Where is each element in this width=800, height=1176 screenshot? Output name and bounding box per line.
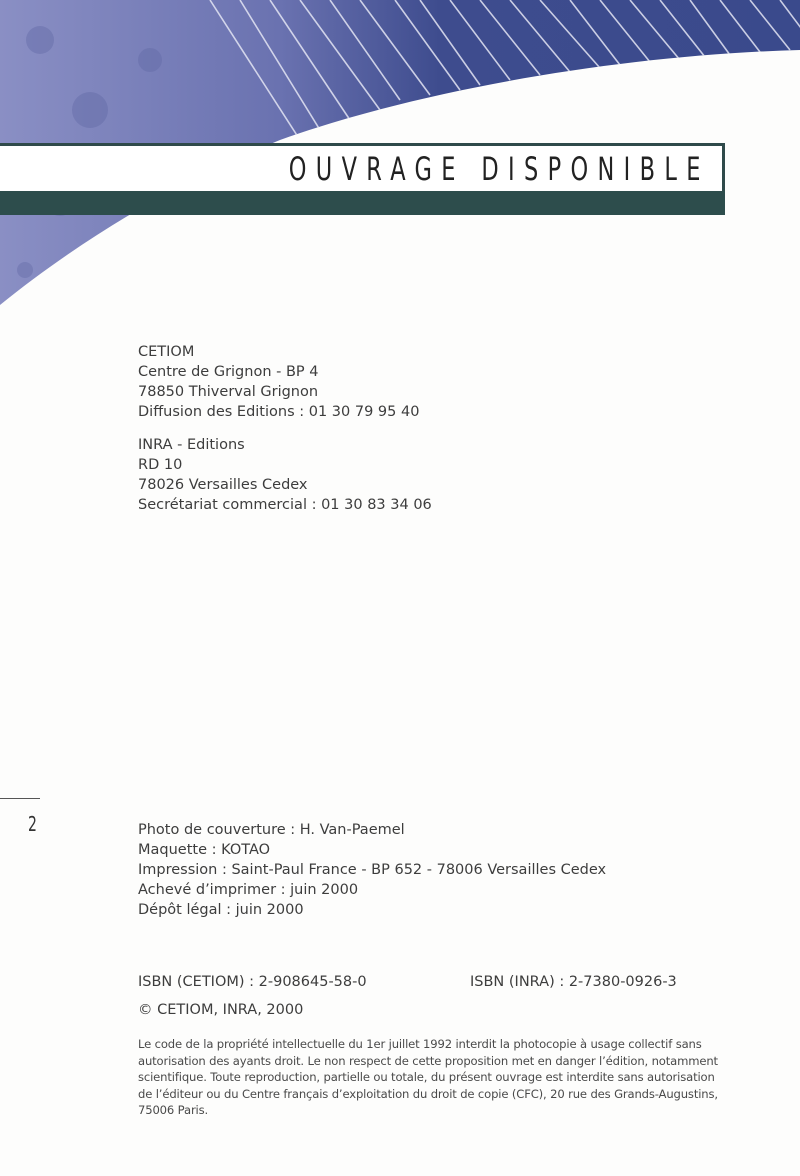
banner-title: OUVRAGE DISPONIBLE xyxy=(289,150,710,188)
address-line: Secrétariat commercial : 01 30 83 34 06 xyxy=(138,495,432,515)
address-line: Diffusion des Editions : 01 30 79 95 40 xyxy=(138,402,419,422)
isbn-row: ISBN (CETIOM) : 2-908645-58-0 ISBN (INRA… xyxy=(138,974,738,990)
banner-frame: OUVRAGE DISPONIBLE xyxy=(0,143,725,191)
credits-block: Photo de couverture : H. Van-Paemel Maqu… xyxy=(138,820,606,920)
banner-bar xyxy=(0,191,725,215)
credit-line: Dépôt légal : juin 2000 xyxy=(138,900,606,920)
address-line: CETIOM xyxy=(138,342,419,362)
address-line: 78850 Thiverval Grignon xyxy=(138,382,419,402)
address-line: Centre de Grignon - BP 4 xyxy=(138,362,419,382)
credit-line: Photo de couverture : H. Van-Paemel xyxy=(138,820,606,840)
publisher-address-inra: INRA - Editions RD 10 78026 Versailles C… xyxy=(138,435,432,515)
isbn-inra: ISBN (INRA) : 2-7380-0926-3 xyxy=(470,974,677,990)
address-line: INRA - Editions xyxy=(138,435,432,455)
address-line: RD 10 xyxy=(138,455,432,475)
page-number: 2 xyxy=(28,812,37,836)
credit-line: Achevé d’imprimer : juin 2000 xyxy=(138,880,606,900)
credit-line: Impression : Saint-Paul France - BP 652 … xyxy=(138,860,606,880)
publisher-address-cetiom: CETIOM Centre de Grignon - BP 4 78850 Th… xyxy=(138,342,419,422)
title-banner: OUVRAGE DISPONIBLE xyxy=(0,143,725,215)
isbn-cetiom: ISBN (CETIOM) : 2-908645-58-0 xyxy=(138,974,367,990)
page-number-rule xyxy=(0,798,40,799)
legal-notice: Le code de la propriété intellectuelle d… xyxy=(138,1036,728,1119)
credit-line: Maquette : KOTAO xyxy=(138,840,606,860)
address-line: 78026 Versailles Cedex xyxy=(138,475,432,495)
copyright-notice: © CETIOM, INRA, 2000 xyxy=(138,1002,303,1018)
